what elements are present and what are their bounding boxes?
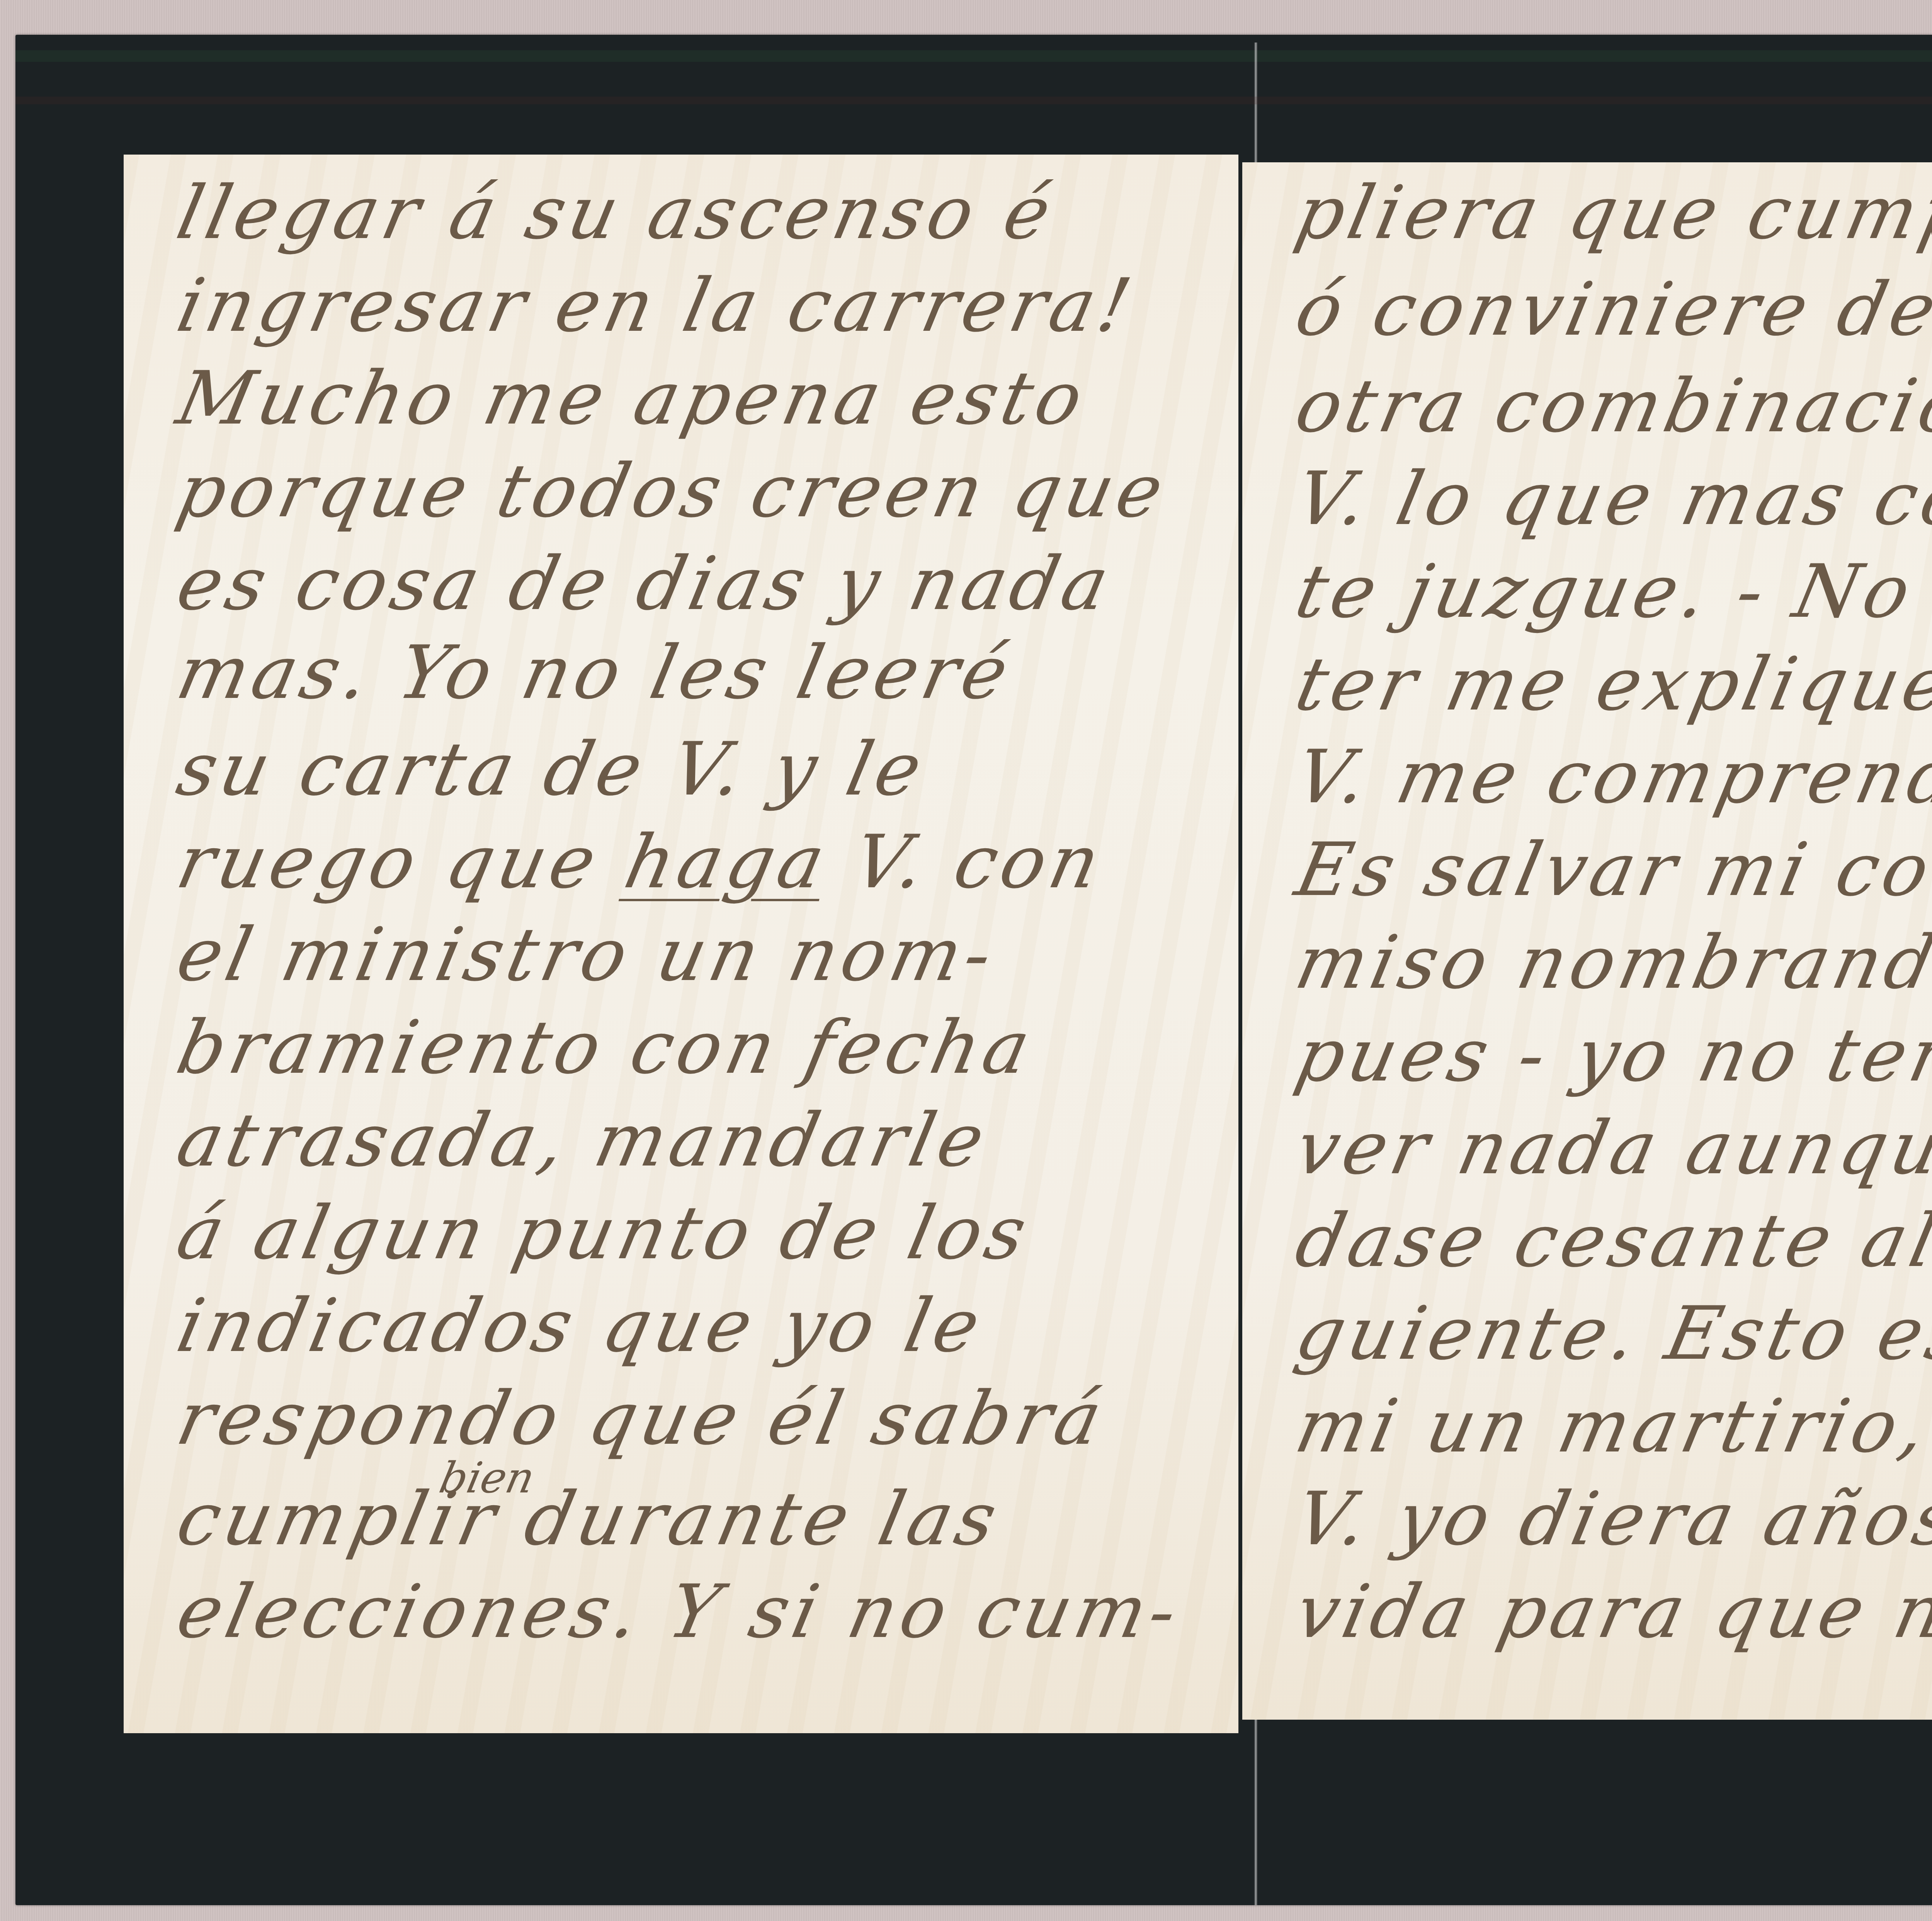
right-line-3: otra combinacion hará	[1289, 363, 1932, 449]
left-line-7: su carta de V. y le	[170, 727, 934, 812]
right-line-8: Es salvar mi compro-	[1289, 827, 1932, 912]
underlined-word: haga	[618, 819, 837, 905]
left-line-14: respondo que él sabrá	[170, 1376, 1113, 1461]
right-line-11: ver nada aunque que-	[1289, 1105, 1932, 1191]
right-line-14: mi un martirio, creame	[1289, 1383, 1932, 1469]
right-line-4: V. lo que mas convenien-	[1289, 456, 1932, 541]
left-line-6: mas. Yo no les leeré	[170, 630, 1020, 715]
left-page: llegar á su ascenso é ingresar en la car…	[124, 155, 1238, 1733]
right-line-10: pues - yo no tendré que	[1289, 1012, 1932, 1098]
left-line-5: es cosa de dias y nada	[170, 541, 1121, 626]
left-line-15: cumplir durante las	[170, 1476, 1009, 1562]
right-line-12: dase cesante al dia si-	[1289, 1198, 1932, 1283]
left-line-10: bramiento con fecha	[170, 1005, 1042, 1090]
right-page: pliera que cumplirá, ó conviniere despue…	[1242, 162, 1932, 1720]
left-line-13: indicados que yo le	[170, 1283, 992, 1368]
left-line-1: llegar á su ascenso é	[170, 170, 1063, 255]
left-line-3: Mucho me apena esto	[170, 356, 1095, 441]
left-line-12: á algun punto de los	[170, 1190, 1038, 1276]
right-line-6: ter me explique mas -	[1289, 641, 1932, 727]
right-line-15: V. yo diera años de mi	[1289, 1476, 1932, 1562]
left-line-11: atrasada, mandarle	[170, 1097, 996, 1183]
right-line-13: guiente. Esto es para	[1289, 1291, 1932, 1376]
right-line-9: miso nombrandole des-	[1289, 920, 1932, 1005]
left-line-8: ruego que haga V. con	[170, 819, 1112, 905]
left-line-9: el ministro un nom-	[170, 912, 1004, 997]
v-con-text: V. con	[818, 819, 1111, 905]
right-line-16: vida para que no me	[1289, 1569, 1932, 1654]
right-line-1: pliera que cumplirá,	[1289, 170, 1932, 255]
right-line-5: te juzgue. - No es menes-	[1289, 549, 1932, 634]
left-line-2: ingresar en la carrera!	[170, 263, 1143, 348]
left-line-16: elecciones. Y si no cum-	[170, 1569, 1189, 1654]
ruego-que-text: ruego que	[170, 819, 636, 905]
right-line-7: V. me comprende yo.	[1289, 734, 1932, 820]
left-line-4: porque todos creen que	[170, 448, 1175, 534]
right-line-2: ó conviniere despues	[1289, 267, 1932, 352]
